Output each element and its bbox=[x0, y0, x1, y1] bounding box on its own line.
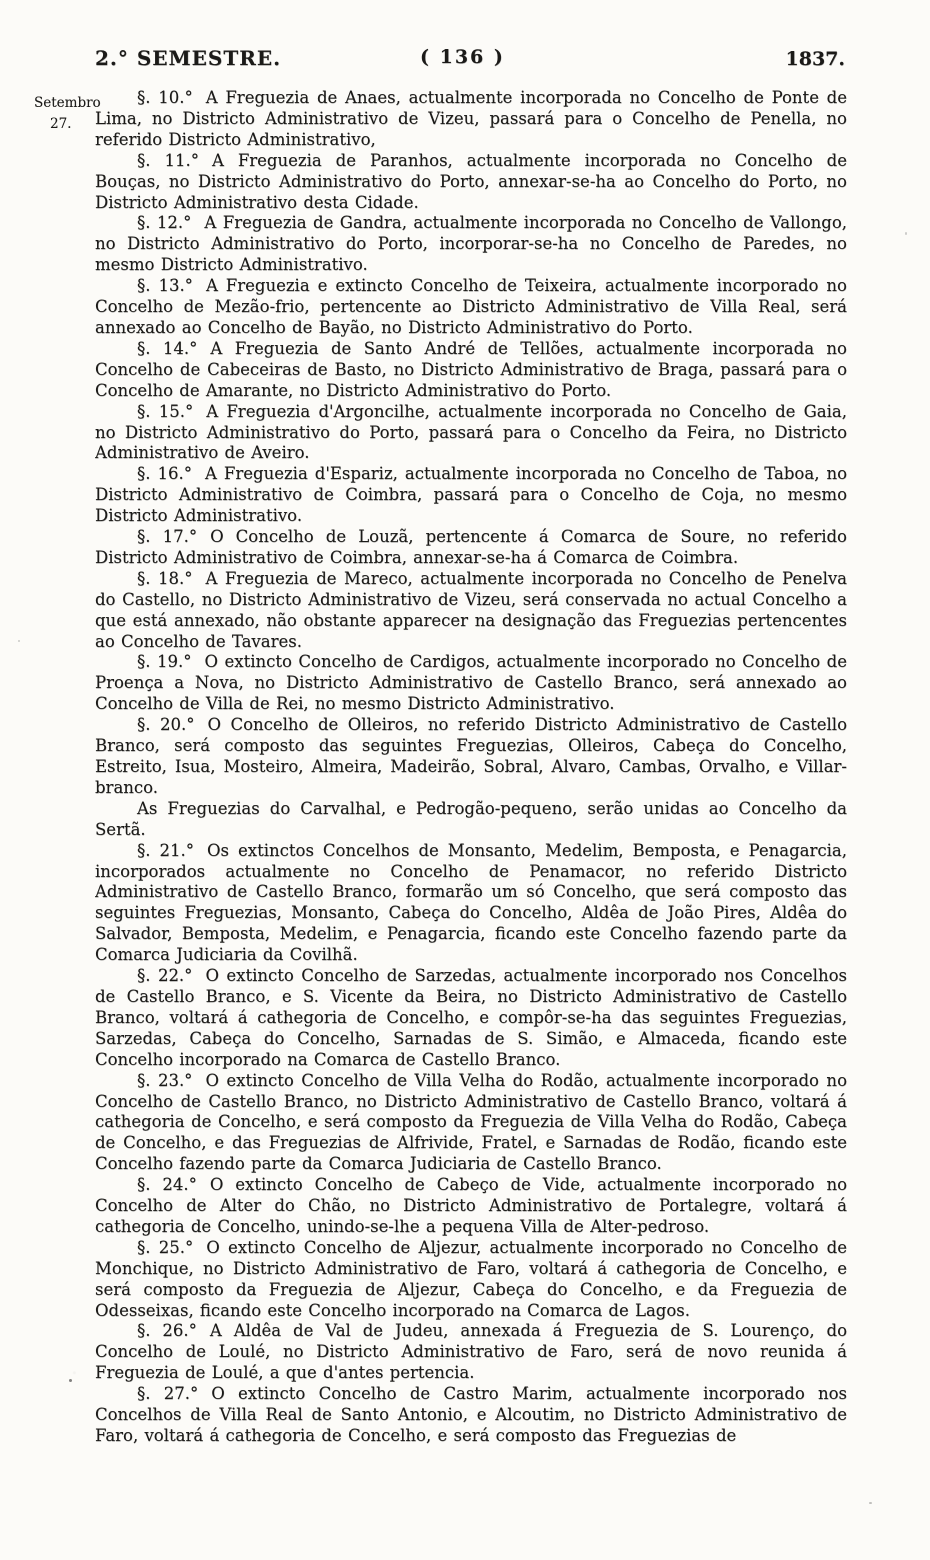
paragraph-text: A Freguezia e extincto Concelho de Teixe… bbox=[95, 276, 847, 337]
scan-speck bbox=[905, 232, 907, 235]
scan-speck bbox=[69, 1379, 72, 1382]
legal-paragraph: §. 22.°O extincto Concelho de Sarzedas, … bbox=[95, 966, 847, 1071]
section-marker: §. 20.° bbox=[137, 715, 207, 734]
section-marker: §. 18.° bbox=[137, 569, 205, 588]
margin-date-note: Setembro 27. bbox=[34, 93, 98, 135]
section-marker: §. 21.° bbox=[137, 841, 207, 860]
paragraph-text: Os extinctos Concelhos de Monsanto, Mede… bbox=[95, 841, 847, 965]
scan-speck bbox=[869, 1502, 872, 1504]
legal-paragraph: §. 12.°A Freguezia de Gandra, actualment… bbox=[95, 213, 847, 276]
section-marker: §. 26.° bbox=[137, 1321, 210, 1340]
legal-paragraph: §. 11.°A Freguezia de Paranhos, actualme… bbox=[95, 151, 847, 214]
legal-paragraph: As Freguezias do Carvalhal, e Pedrogão-p… bbox=[95, 799, 847, 841]
paragraph-text: A Freguezia d'Argoncilhe, actualmente in… bbox=[95, 402, 847, 463]
section-marker: §. 25.° bbox=[137, 1238, 206, 1257]
legal-paragraph: §. 21.°Os extinctos Concelhos de Monsant… bbox=[95, 841, 847, 966]
section-marker: §. 11.° bbox=[137, 151, 212, 170]
legal-paragraph: §. 26.°A Aldêa de Val de Judeu, annexada… bbox=[95, 1321, 847, 1384]
page-header: 2.° SEMESTRE. ( 136 ) 1837. bbox=[0, 46, 930, 76]
legal-paragraph: §. 23.°O extincto Concelho de Villa Velh… bbox=[95, 1071, 847, 1176]
legal-paragraph: §. 10.°A Freguezia de Anaes, actualmente… bbox=[95, 88, 847, 151]
legal-paragraph: §. 14.°A Freguezia de Santo André de Tel… bbox=[95, 339, 847, 402]
paragraph-text: As Freguezias do Carvalhal, e Pedrogão-p… bbox=[95, 799, 847, 839]
paragraph-text: O extincto Concelho de Villa Velha do Ro… bbox=[95, 1071, 847, 1174]
scanned-gazette-page: 2.° SEMESTRE. ( 136 ) 1837. Setembro 27.… bbox=[0, 0, 930, 1560]
legal-paragraph: §. 20.°O Concelho de Olleiros, no referi… bbox=[95, 715, 847, 799]
semester-label: 2.° SEMESTRE. bbox=[95, 46, 281, 70]
paragraph-text: A Freguezia d'Espariz, actualmente incor… bbox=[95, 464, 847, 525]
section-marker: §. 17.° bbox=[137, 527, 210, 546]
scan-speck bbox=[18, 640, 20, 642]
paragraph-text: A Freguezia de Gandra, actualmente incor… bbox=[95, 213, 847, 274]
page-number: ( 136 ) bbox=[420, 46, 505, 68]
margin-date-day: 27. bbox=[34, 114, 98, 135]
section-marker: §. 23.° bbox=[137, 1071, 205, 1090]
legal-paragraph: §. 19.°O extincto Concelho de Cardigos, … bbox=[95, 652, 847, 715]
margin-date-month: Setembro bbox=[34, 93, 98, 114]
legal-paragraph: §. 27.°O extincto Concelho de Castro Mar… bbox=[95, 1384, 847, 1447]
legal-paragraph: §. 25.°O extincto Concelho de Aljezur, a… bbox=[95, 1238, 847, 1322]
section-marker: §. 19.° bbox=[137, 652, 204, 671]
legal-paragraph: §. 24.°O extincto Concelho de Cabeço de … bbox=[95, 1175, 847, 1238]
paragraph-text: O extincto Concelho de Aljezur, actualme… bbox=[95, 1238, 847, 1320]
legal-paragraph: §. 16.°A Freguezia d'Espariz, actualment… bbox=[95, 464, 847, 527]
section-marker: §. 10.° bbox=[137, 88, 206, 107]
section-marker: §. 15.° bbox=[137, 402, 206, 421]
section-marker: §. 27.° bbox=[137, 1384, 211, 1403]
year-label: 1837. bbox=[786, 48, 846, 70]
paragraph-text: A Freguezia de Anaes, actualmente incorp… bbox=[95, 88, 847, 149]
legal-paragraph: §. 18.°A Freguezia de Mareco, actualment… bbox=[95, 569, 847, 653]
legal-paragraph: §. 17.°O Concelho de Louzã, pertencente … bbox=[95, 527, 847, 569]
paragraph-text: O extincto Concelho de Sarzedas, actualm… bbox=[95, 966, 847, 1069]
section-marker: §. 24.° bbox=[137, 1175, 210, 1194]
paragraph-text: A Freguezia de Mareco, actualmente incor… bbox=[95, 569, 847, 651]
document-body: §. 10.°A Freguezia de Anaes, actualmente… bbox=[95, 88, 847, 1447]
legal-paragraph: §. 13.°A Freguezia e extincto Concelho d… bbox=[95, 276, 847, 339]
legal-paragraph: §. 15.°A Freguezia d'Argoncilhe, actualm… bbox=[95, 402, 847, 465]
paragraph-text: O Concelho de Olleiros, no referido Dist… bbox=[95, 715, 847, 797]
section-marker: §. 22.° bbox=[137, 966, 205, 985]
section-marker: §. 14.° bbox=[137, 339, 210, 358]
section-marker: §. 13.° bbox=[137, 276, 206, 295]
section-marker: §. 16.° bbox=[137, 464, 205, 483]
paragraph-text: O extincto Concelho de Cardigos, actualm… bbox=[95, 652, 847, 713]
section-marker: §. 12.° bbox=[137, 213, 204, 232]
